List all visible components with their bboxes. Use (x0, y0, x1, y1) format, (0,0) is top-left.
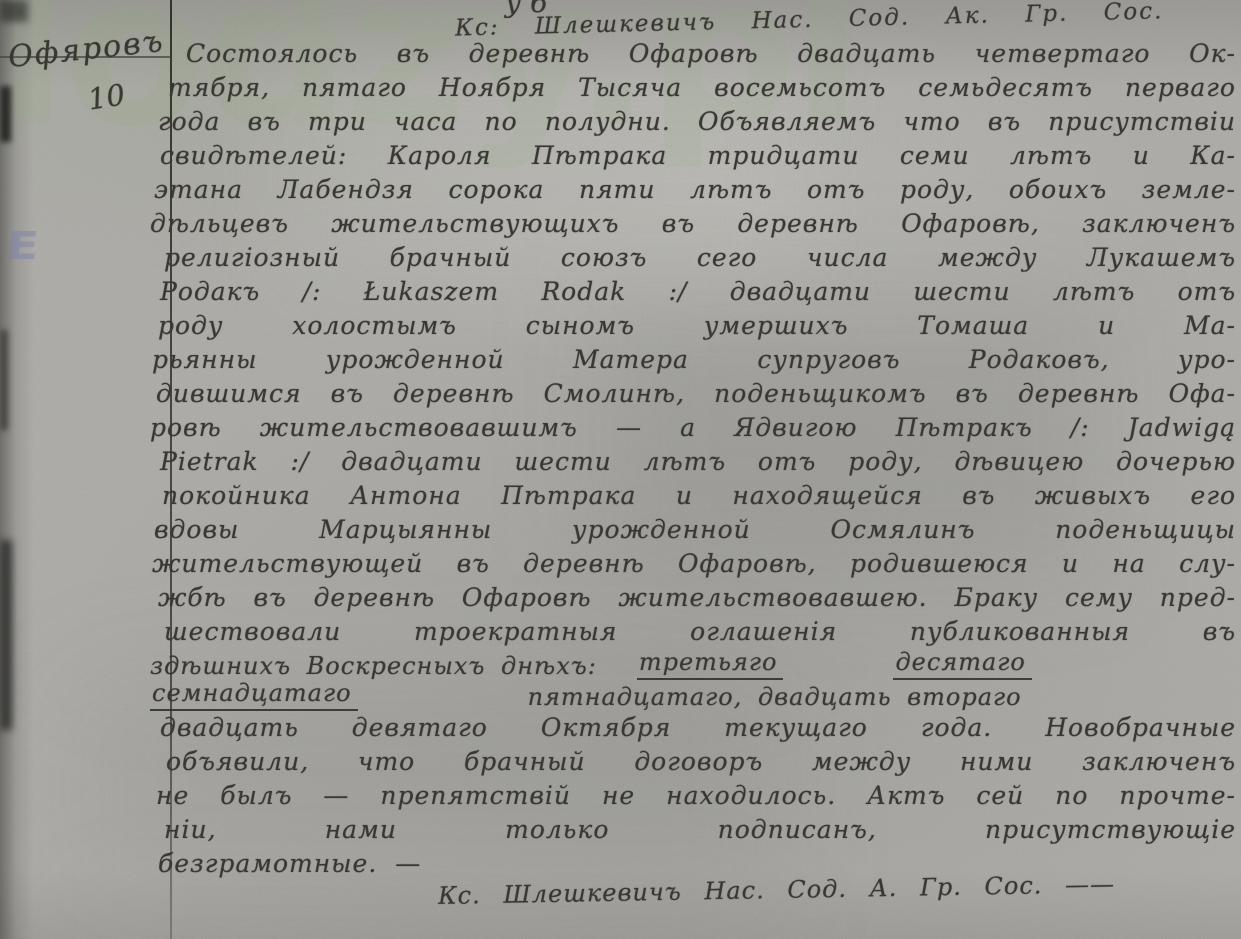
document-line: этана Лабендзя сорока пяти лѣтъ отъ роду… (150, 173, 1236, 207)
document-line: роду холостымъ сыномъ умершихъ Томаша и … (150, 309, 1236, 343)
document-line: жбѣ въ деревнѣ Офаровѣ жительствовавшею.… (150, 581, 1236, 615)
document-line: жительствующей въ деревнѣ Офаровѣ, родив… (150, 547, 1236, 581)
act-text-block: Состоялось въ деревнѣ Офаровѣ двадцать ч… (150, 37, 1236, 881)
document-line: дѣльцевъ жительствующихъ въ деревнѣ Офар… (150, 207, 1236, 241)
document-line: двадцать девятаго Октября текущаго года.… (150, 711, 1236, 745)
document-line: Pietrak :/ двадцати шести лѣтъ отъ роду,… (150, 445, 1236, 479)
document-line: Родакъ /: Łukaszem Rodak :/ двадцати шес… (150, 275, 1236, 309)
scanned-document-page: genealodzy.pl E Офяровъ 10 Кс: Шлешкевич… (0, 0, 1241, 939)
document-line: вдовы Марцыянны урожденной Осмялинъ поде… (150, 513, 1236, 547)
document-line: объявили, что брачный договоръ между ним… (150, 745, 1236, 779)
banns-inserted-date: семнадцатаго (150, 679, 358, 711)
document-line: Состоялось въ деревнѣ Офаровѣ двадцать ч… (150, 37, 1236, 71)
document-line: шествовали троекратныя оглашенія публико… (150, 615, 1236, 649)
watermark-letter-fragment: E (4, 224, 41, 269)
document-line: года въ три часа по полудни. Объявляемъ … (150, 105, 1236, 139)
page-edge-shadow (0, 330, 8, 430)
page-edge-shadow (0, 540, 12, 730)
document-line: покойника Антона Пѣтрака и находящейся в… (150, 479, 1236, 513)
banns-dates-row-corrected: здѣшнихъ Воскресныхъ днѣхъ: третьяго дес… (150, 649, 1236, 680)
document-line: рьянны урожденной Матера супруговъ Родак… (150, 343, 1236, 377)
document-line: не былъ — препятствій не находилось. Акт… (150, 779, 1236, 813)
margin-act-number: 10 (86, 77, 128, 116)
document-line: свидѣтелей: Кароля Пѣтрака тридцати семи… (150, 139, 1236, 173)
document-line: ніи, нами только подписанъ, присутствующ… (150, 813, 1236, 847)
stray-ink-marks: у 6 (505, 0, 548, 19)
document-line: ровѣ жительствовавшимъ — а Ядвигою Пѣтра… (150, 411, 1236, 445)
banns-dates-row-original: семнадцатаго пятнадцатаго, двадцать втор… (150, 680, 1236, 711)
document-line: религіозный брачный союзъ сего числа меж… (150, 241, 1236, 275)
document-line: дившимся въ деревнѣ Смолинѣ, поденьщиком… (150, 377, 1236, 411)
page-edge-shadow (0, 86, 11, 142)
banns-intro-text: здѣшнихъ Воскресныхъ днѣхъ: (150, 652, 597, 680)
page-edge-corner-shadow (0, 0, 28, 22)
banns-inserted-date: десятаго (893, 648, 1031, 680)
banns-original-dates: пятнадцатаго, двадцать втораго (528, 683, 1022, 711)
banns-inserted-date: третьяго (637, 648, 784, 680)
document-line: тября, пятаго Ноября Тысяча восемьсотъ с… (150, 71, 1236, 105)
